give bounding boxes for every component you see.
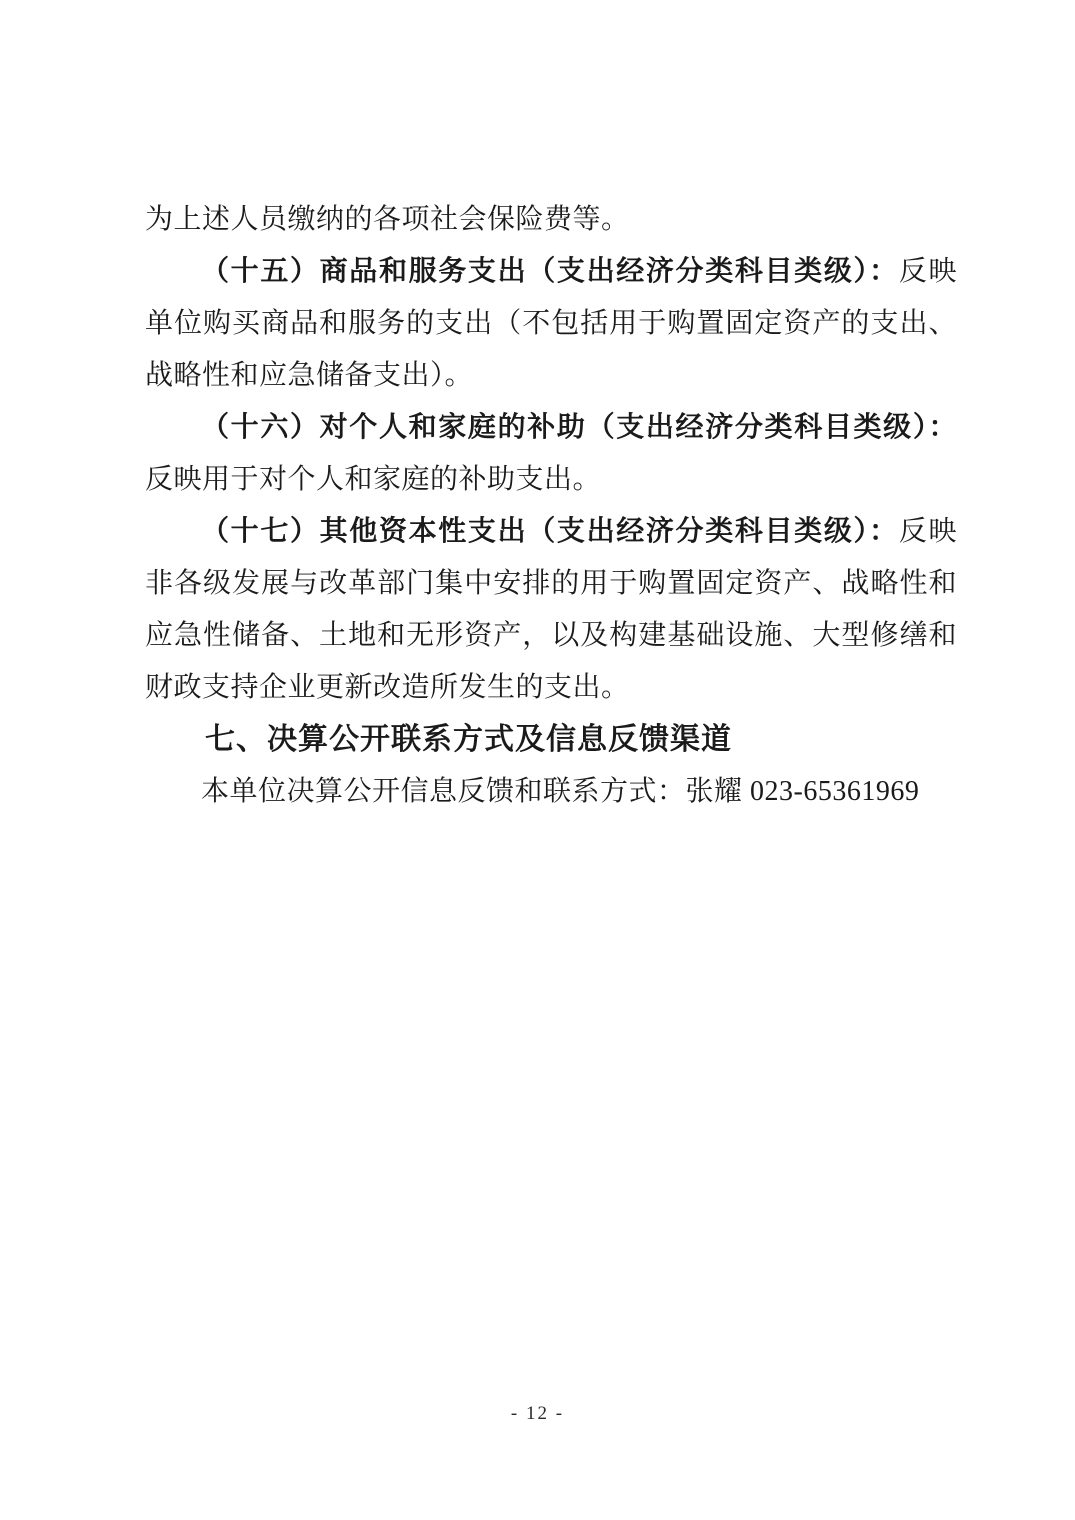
- bold-text-segment: （十七）其他资本性支出（支出经济分类科目类级）：: [201, 516, 899, 547]
- contact-line: 本单位决算公开信息反馈和联系方式：张耀 023-65361969: [145, 766, 957, 818]
- paragraph-17-line-3: 应急性储备、土地和无形资产，以及构建基础设施、大型修缮和: [145, 610, 957, 662]
- text-segment: 为上述人员缴纳的各项社会保险费等。: [145, 204, 630, 235]
- section-heading-7: 七、决算公开联系方式及信息反馈渠道: [145, 714, 957, 766]
- paragraph-14-continuation: 为上述人员缴纳的各项社会保险费等。: [145, 194, 957, 246]
- text-segment: 战略性和应急储备支出）。: [145, 360, 473, 391]
- paragraph-17-lead: （十七）其他资本性支出（支出经济分类科目类级）：反映: [145, 506, 957, 558]
- paragraph-15-line-2: 单位购买商品和服务的支出（不包括用于购置固定资产的支出、: [145, 298, 957, 350]
- text-segment: 财政支持企业更新改造所发生的支出。: [145, 672, 630, 703]
- document-page: 为上述人员缴纳的各项社会保险费等。（十五）商品和服务支出（支出经济分类科目类级）…: [0, 0, 1075, 1520]
- text-segment: 反映用于对个人和家庭的补助支出。: [145, 464, 601, 495]
- text-segment: 反映: [899, 516, 957, 547]
- bold-text-segment: 七、决算公开联系方式及信息反馈渠道: [205, 723, 732, 756]
- page-number: - 12 -: [0, 1403, 1075, 1425]
- paragraph-17-line-4: 财政支持企业更新改造所发生的支出。: [145, 662, 957, 714]
- document-content: 为上述人员缴纳的各项社会保险费等。（十五）商品和服务支出（支出经济分类科目类级）…: [145, 194, 957, 818]
- text-segment: 反映: [899, 256, 957, 287]
- paragraph-17-line-2: 非各级发展与改革部门集中安排的用于购置固定资产、战略性和: [145, 558, 957, 610]
- paragraph-15-lead: （十五）商品和服务支出（支出经济分类科目类级）：反映: [145, 246, 957, 298]
- paragraph-16-lead: （十六）对个人和家庭的补助（支出经济分类科目类级）：: [145, 402, 957, 454]
- bold-text-segment: （十五）商品和服务支出（支出经济分类科目类级）：: [201, 256, 899, 287]
- paragraph-15-line-3: 战略性和应急储备支出）。: [145, 350, 957, 402]
- paragraph-16-line-2: 反映用于对个人和家庭的补助支出。: [145, 454, 957, 506]
- text-segment: 本单位决算公开信息反馈和联系方式：张耀 023-65361969: [201, 776, 919, 807]
- text-segment: 单位购买商品和服务的支出（不包括用于购置固定资产的支出、: [145, 308, 957, 339]
- text-segment: 应急性储备、土地和无形资产，以及构建基础设施、大型修缮和: [145, 620, 957, 651]
- bold-text-segment: （十六）对个人和家庭的补助（支出经济分类科目类级）：: [201, 412, 957, 443]
- text-segment: 非各级发展与改革部门集中安排的用于购置固定资产、战略性和: [145, 568, 957, 599]
